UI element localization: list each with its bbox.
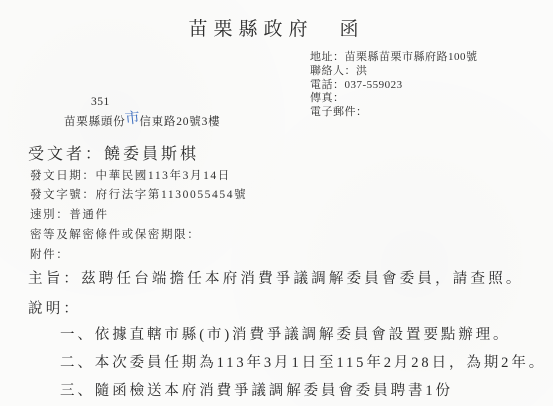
explanation-item-1: 一、依據直轄市縣(市)消費爭議調解委員會設置要點辦理。: [60, 323, 510, 344]
issue-date-row: 發文日期：中華民國113年3月14日: [30, 167, 231, 183]
recipient-address-line: 苗栗縣頭份市信東路20號3樓: [64, 109, 220, 130]
sender-info-block: 地址：苗栗縣苗栗市縣府路100號 聯絡人：洪 電話：037-559023 傳真：…: [310, 51, 478, 120]
sender-phone-value: 037-559023: [345, 79, 403, 91]
sender-fax-label: 傳真：: [310, 92, 345, 104]
sender-contact-label: 聯絡人：: [310, 65, 356, 77]
agency-name: 苗栗縣政府: [188, 19, 313, 40]
recipient-address-part2: 信東路20號3樓: [139, 116, 220, 128]
issue-date-value: 中華民國113年3月14日: [96, 170, 231, 182]
sender-fax-row: 傳真：: [310, 92, 478, 106]
security-classification-row: 密等及解密條件或保密期限：: [30, 226, 200, 242]
recipient-name: 饒委員斯棋: [104, 146, 199, 163]
sender-address-value: 苗栗縣苗栗市縣府路100號: [345, 51, 478, 63]
sender-address-label: 地址：: [310, 51, 345, 63]
sender-phone-label: 電話：: [310, 79, 345, 91]
security-classification-label: 密等及解密條件或保密期限：: [30, 229, 200, 241]
explanation-item-2: 二、本次委員任期為113年3月1日至115年2月28日，為期2年。: [60, 351, 546, 372]
recipient-row: 受文者：饒委員斯棋: [28, 141, 199, 164]
issue-date-label: 發文日期：: [30, 170, 96, 182]
recipient-postal-code: 351: [91, 96, 110, 108]
sender-contact-row: 聯絡人：洪: [310, 65, 478, 79]
explanation-label: 說明：: [28, 297, 81, 318]
scanned-letter-page: 苗栗縣政府函 地址：苗栗縣苗栗市縣府路100號 聯絡人：洪 電話：037-559…: [0, 0, 553, 406]
doc-number-row: 發文字號：府行法字第1130055454號: [30, 186, 247, 202]
attachment-row: 附件：: [30, 246, 69, 262]
doc-number-value: 府行法字第1130055454號: [96, 189, 248, 201]
subject-row: 主旨：茲聘任台端擔任本府消費爭議調解委員會委員，請查照。: [28, 267, 524, 288]
explanation-item-3: 三、隨函檢送本府消費爭議調解委員會委員聘書1份: [60, 379, 453, 400]
sender-address-row: 地址：苗栗縣苗栗市縣府路100號: [310, 51, 478, 65]
attachment-label: 附件：: [30, 249, 69, 261]
sender-contact-value: 洪: [356, 65, 368, 77]
sender-phone-row: 電話：037-559023: [310, 79, 478, 93]
document-title: 苗栗縣政府函: [0, 14, 553, 41]
sender-email-row: 電子郵件：: [310, 106, 478, 120]
document-type-label: 函: [340, 19, 365, 40]
doc-number-label: 發文字號：: [30, 189, 96, 201]
recipient-address-part1: 苗栗縣頭份: [64, 116, 126, 128]
handwritten-correction-char: 市: [123, 106, 141, 129]
subject-text: 茲聘任台端擔任本府消費爭議調解委員會委員，請查照。: [81, 271, 524, 287]
delivery-speed-value: 普通件: [69, 209, 108, 221]
delivery-speed-label: 速別：: [30, 209, 69, 221]
sender-email-label: 電子郵件：: [310, 106, 368, 118]
delivery-speed-row: 速別：普通件: [30, 206, 109, 222]
subject-label: 主旨：: [28, 271, 81, 287]
recipient-label: 受文者：: [28, 146, 104, 163]
